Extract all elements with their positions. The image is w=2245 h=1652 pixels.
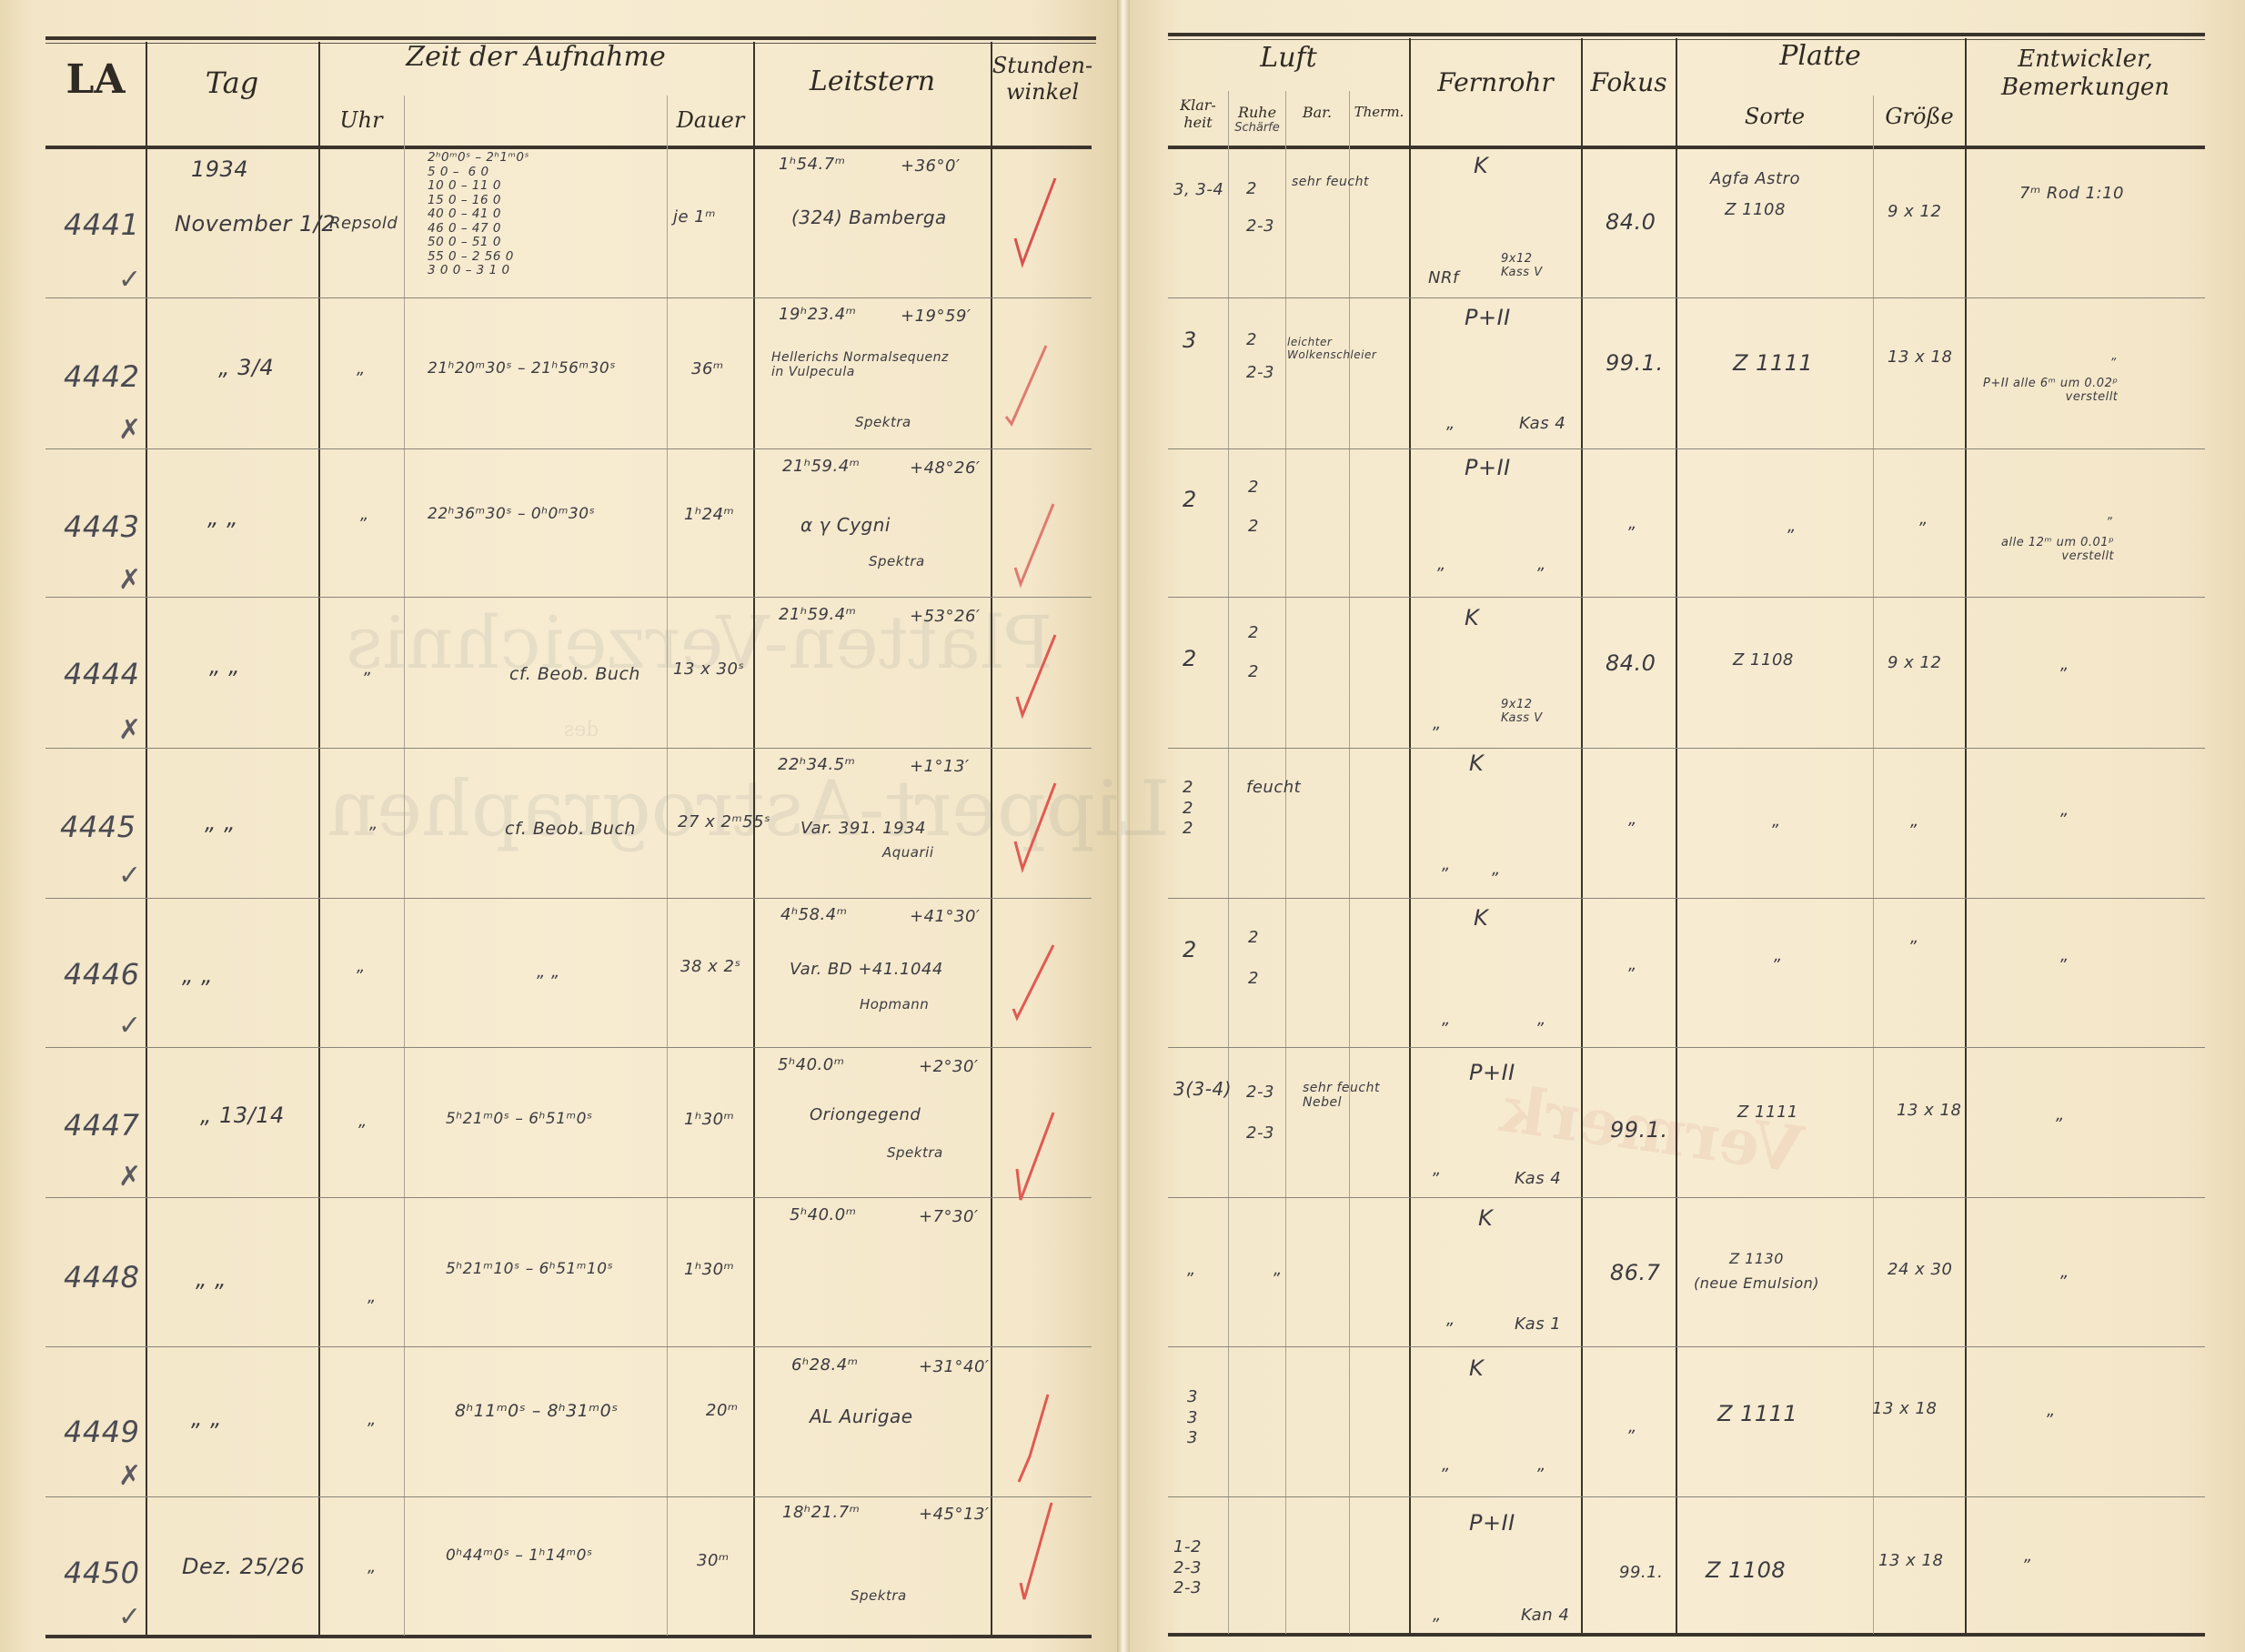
row-fernrohr-kass: „ <box>1537 1456 1546 1475</box>
top-rule-right <box>1168 33 2205 36</box>
row-leit-dec: +45°13′ <box>919 1505 989 1524</box>
row-groesse: 24 x 30 <box>1888 1260 1952 1279</box>
row-tag: „ 13/14 <box>200 1103 285 1128</box>
row-dauer: 13 x 30ˢ <box>673 660 745 679</box>
row-divider <box>45 597 1092 598</box>
row-ruhe: 2 2 <box>1248 623 1259 682</box>
row-divider <box>1168 597 2205 598</box>
row-fernrohr-bottom: „ <box>1442 1010 1451 1029</box>
row-tag: „ 3/4 <box>218 355 274 380</box>
row-fernrohr-bottom: „ <box>1442 1456 1451 1475</box>
row-sorte: Z 1108 <box>1733 650 1794 670</box>
header-fokus: Fokus <box>1582 67 1676 98</box>
red-check-icon <box>1010 173 1061 273</box>
row-fernrohr-top: P+II <box>1465 455 1511 480</box>
row-la-number: 4444 <box>64 657 139 691</box>
row-leit-ra: 18ʰ21.7ᵐ <box>782 1503 860 1522</box>
row-klarheit: 2 <box>1183 487 1197 512</box>
row-fokus: 99.1. <box>1619 1563 1663 1582</box>
row-groesse: 13 x 18 <box>1888 348 1952 367</box>
red-check-icon <box>1008 932 1059 1032</box>
row-bar: feucht <box>1246 778 1301 797</box>
row-entwickler: 7ᵐ Rod 1:10 <box>2019 184 2124 203</box>
row-entwickler: „ <box>2056 1105 2065 1124</box>
row-sorte: Z 1130 (neue Emulsion) <box>1694 1246 1819 1295</box>
row-uhr: „ <box>358 1112 367 1131</box>
row-uhr: „ <box>364 660 373 679</box>
row-tag: Dez. 25/26 <box>182 1554 305 1579</box>
row-dauer: 1ʰ30ᵐ <box>684 1260 734 1279</box>
row-leit-name: Var. 391. 1934 <box>800 819 926 838</box>
row-leit-ra: 19ʰ23.4ᵐ <box>779 305 856 324</box>
row-tag: „ „ <box>205 810 236 835</box>
row-fernrohr-kass: Kas 4 <box>1515 1169 1561 1188</box>
row-fernrohr-kass: „ <box>1537 1010 1546 1029</box>
row-zeit: 0ʰ44ᵐ0ˢ – 1ʰ14ᵐ0ˢ <box>446 1546 593 1565</box>
row-zeit: 2ʰ0ᵐ0ˢ – 2ʰ1ᵐ0ˢ 5 0 – 6 0 10 0 – 11 0 15… <box>428 151 529 278</box>
row-ruhe: 2-3 2-3 <box>1246 1083 1274 1144</box>
row-divider <box>1168 1496 2205 1497</box>
row-zeit: 8ʰ11ᵐ0ˢ – 8ʰ31ᵐ0ˢ <box>455 1401 619 1421</box>
row-sorte: Z 1111 <box>1737 1103 1798 1122</box>
row-klarheit: 2 2 2 <box>1183 778 1193 840</box>
row-zeit: 5ʰ21ᵐ0ˢ – 6ʰ51ᵐ0ˢ <box>446 1110 593 1128</box>
row-leit-ra: 5ʰ40.0ᵐ <box>790 1205 856 1224</box>
row-tag: November 1/2 <box>175 211 336 237</box>
header-ruhe-label: Ruhe <box>1229 104 1285 121</box>
row-groesse: 13 x 18 <box>1878 1551 1943 1570</box>
row-divider <box>1168 898 2205 899</box>
row-fernrohr-top: P+II <box>1465 305 1511 330</box>
row-leit-dec: +31°40′ <box>919 1357 989 1376</box>
row-leit-dec: +2°30′ <box>919 1057 979 1076</box>
row-la-number: 4450 <box>64 1556 139 1590</box>
top-rule-left <box>45 36 1096 40</box>
row-entwickler: „ P+II alle 6ᵐ um 0.02ᵖ verstellt <box>1983 350 2118 405</box>
row-ruhe: 2 2-3 <box>1246 180 1274 237</box>
bottom-rule-right <box>1168 1633 2205 1637</box>
row-tag: „ „ <box>207 505 238 530</box>
row-leit-ra: 21ʰ59.4ᵐ <box>782 457 860 476</box>
header-fernrohr: Fernrohr <box>1410 67 1581 98</box>
row-leit-note: Aquarii <box>882 844 933 861</box>
row-mark: ✓ <box>118 264 141 296</box>
col-divider <box>404 96 405 1636</box>
row-la-number: 4445 <box>60 810 136 844</box>
row-divider <box>1168 297 2205 298</box>
row-dauer: 36ᵐ <box>691 359 724 378</box>
row-bar: sehr feucht Nebel <box>1303 1081 1380 1110</box>
row-dauer: 38 x 2ˢ <box>680 957 741 976</box>
row-uhr: Repsold <box>329 214 398 233</box>
row-leit-ra: 1ʰ54.7ᵐ <box>779 155 845 174</box>
row-leit-dec: +1°13′ <box>910 757 970 776</box>
row-mark: ✗ <box>118 414 141 446</box>
header-luft: Luft <box>1168 42 1409 75</box>
row-fokus: 99.1. <box>1610 1117 1668 1143</box>
col-divider <box>1676 38 1677 1634</box>
red-check-icon <box>1001 337 1052 437</box>
row-mark: ✗ <box>118 1460 141 1492</box>
header-stundenwinkel-line2: winkel <box>992 79 1093 106</box>
row-la-number: 4448 <box>64 1260 139 1294</box>
row-fernrohr-top: K <box>1465 605 1479 630</box>
row-leit-note: Spektra <box>869 553 925 569</box>
row-dauer: je 1ᵐ <box>673 207 716 227</box>
row-fernrohr-top: P+II <box>1469 1060 1515 1085</box>
header-groesse: Größe <box>1874 104 1965 130</box>
header-klarheit-line1: Klar- <box>1169 96 1227 114</box>
row-klarheit: 2 <box>1183 937 1197 962</box>
row-fernrohr-kass: 9x12 Kass V <box>1501 253 1543 280</box>
row-fernrohr-kass: 9x12 Kass V <box>1501 699 1543 726</box>
row-zeit: cf. Beob. Buch <box>509 664 640 684</box>
col-divider <box>146 42 147 1636</box>
row-tag: „ „ <box>196 1266 227 1292</box>
row-fernrohr-bottom: „ <box>1442 855 1451 874</box>
row-leit-name: α γ Cygni <box>800 514 891 536</box>
row-klarheit: 2 <box>1183 646 1197 671</box>
row-sorte: „ <box>1774 946 1783 965</box>
row-divider <box>45 297 1092 298</box>
row-uhr: „ <box>357 957 366 976</box>
row-uhr: „ <box>367 1287 377 1306</box>
header-entwickler-line2: Bemerkungen <box>1966 74 2205 102</box>
row-sorte: Z 1111 <box>1733 350 1813 376</box>
row-la-number: 4443 <box>64 509 139 544</box>
row-groesse: „ <box>1910 811 1919 831</box>
header-dauer: Dauer <box>669 107 752 134</box>
row-mark: ✓ <box>118 1010 141 1042</box>
row-fernrohr-bottom: „ <box>1446 1310 1455 1329</box>
row-sorte: „ <box>1787 517 1797 536</box>
row-entwickler: „ <box>2024 1546 2033 1566</box>
row-fokus: 99.1. <box>1606 350 1664 376</box>
row-ruhe: 2 2-3 <box>1246 332 1274 381</box>
col-divider <box>991 42 992 1636</box>
row-leit-ra: 22ʰ34.5ᵐ <box>778 755 855 774</box>
col-divider <box>1409 38 1411 1634</box>
row-divider <box>45 1047 1092 1048</box>
row-la-number: 4446 <box>64 957 139 992</box>
row-leit-name: Var. BD +41.1044 <box>790 960 943 979</box>
red-check-icon <box>1010 1387 1061 1487</box>
row-sorte: „ <box>1772 811 1781 831</box>
header-zeit: Zeit der Aufnahme <box>318 41 753 74</box>
row-zeit: „ „ <box>537 962 560 982</box>
row-zeit: 21ʰ20ᵐ30ˢ – 21ʰ56ᵐ30ˢ <box>428 359 616 378</box>
row-leit-name: (324) Bamberga <box>791 207 947 228</box>
header-klarheit: Klar- heit <box>1169 96 1227 131</box>
row-fernrohr-kass: „ <box>1492 860 1501 879</box>
row-dauer: 1ʰ30ᵐ <box>684 1110 734 1129</box>
header-entwickler: Entwickler, Bemerkungen <box>1966 45 2205 102</box>
row-fernrohr-top: K <box>1474 905 1488 931</box>
row-klarheit: 1-2 2-3 2-3 <box>1173 1537 1202 1599</box>
row-fokus: 84.0 <box>1606 209 1656 235</box>
row-fernrohr-bottom: „ <box>1433 714 1442 733</box>
row-dauer: 30ᵐ <box>697 1551 730 1570</box>
row-fernrohr-kass: „ <box>1537 555 1546 574</box>
row-fokus: „ <box>1628 955 1637 974</box>
row-klarheit: 3 <box>1183 327 1197 353</box>
red-check-icon <box>1010 628 1061 728</box>
row-divider <box>1168 1047 2205 1048</box>
row-fernrohr-kass: Kan 4 <box>1521 1606 1569 1625</box>
row-leit-dec: +7°30′ <box>919 1207 979 1226</box>
row-leit-dec: +48°26′ <box>910 458 980 478</box>
row-ruhe: „ <box>1274 1260 1283 1279</box>
row-uhr: „ <box>369 814 378 833</box>
row-leit-name: Hellerichs Normalsequenz in Vulpecula <box>771 350 949 379</box>
row-leit-ra: 5ʰ40.0ᵐ <box>778 1055 844 1074</box>
header-schaerfe-label: Schärfe <box>1229 121 1285 136</box>
header-sorte: Sorte <box>1676 104 1873 130</box>
row-mark: ✗ <box>118 564 141 596</box>
row-leit-dec: +41°30′ <box>910 907 980 926</box>
right-page <box>1126 0 2245 1652</box>
row-groesse: 13 x 18 <box>1872 1399 1937 1418</box>
col-divider <box>1285 91 1286 1634</box>
row-klarheit: 3 3 3 <box>1187 1387 1198 1449</box>
header-ruhe: Ruhe Schärfe <box>1229 104 1285 136</box>
row-leit-dec: +53°26′ <box>910 607 980 626</box>
row-ruhe: 2 2 <box>1248 928 1259 990</box>
header-platte: Platte <box>1676 40 1965 73</box>
row-tag: „ „ <box>191 1405 222 1431</box>
red-check-icon <box>1010 778 1061 878</box>
row-groesse: „ <box>1919 509 1928 529</box>
row-fernrohr-top: K <box>1474 153 1488 178</box>
row-divider <box>45 1346 1092 1347</box>
row-leit-note: Hopmann <box>860 996 929 1012</box>
row-dauer: 20ᵐ <box>706 1401 739 1420</box>
row-leit-name: AL Aurigae <box>810 1405 913 1427</box>
row-mark: ✗ <box>118 1161 141 1193</box>
header-stundenwinkel-line1: Stunden- <box>992 53 1093 79</box>
row-mark: ✓ <box>118 1601 141 1633</box>
bottom-rule-left <box>45 1635 1092 1638</box>
row-divider <box>45 748 1092 749</box>
red-check-icon <box>1010 491 1061 591</box>
row-fernrohr-bottom: „ <box>1433 1606 1442 1625</box>
header-stundenwinkel: Stunden- winkel <box>992 53 1093 106</box>
row-entwickler: „ alle 12ᵐ um 0.01ᵖ verstellt <box>2001 509 2114 564</box>
col-divider <box>1965 38 1967 1634</box>
row-tag-year: 1934 <box>191 156 248 182</box>
row-divider <box>1168 1197 2205 1198</box>
col-divider <box>753 42 755 1636</box>
header-uhr: Uhr <box>320 107 402 134</box>
row-divider <box>45 1496 1092 1497</box>
row-fernrohr-kass: Kas 4 <box>1519 414 1565 433</box>
col-divider <box>1349 91 1350 1634</box>
row-fernrohr-top: K <box>1469 750 1484 776</box>
row-dauer: 27 x 2ᵐ55ˢ <box>678 812 770 831</box>
row-divider <box>45 898 1092 899</box>
row-zeit: 5ʰ21ᵐ10ˢ – 6ʰ51ᵐ10ˢ <box>446 1260 613 1278</box>
row-fernrohr-top: K <box>1478 1205 1493 1231</box>
row-divider <box>45 1197 1092 1198</box>
row-tag: „ „ <box>209 653 240 679</box>
header-klarheit-line2: heit <box>1169 114 1227 131</box>
row-la-number: 4449 <box>64 1415 139 1449</box>
row-uhr: „ <box>367 1410 377 1429</box>
row-bar: leichter Wolkenschleier <box>1287 337 1376 362</box>
row-groesse: 13 x 18 <box>1897 1101 1961 1120</box>
col-divider <box>1228 91 1229 1634</box>
row-zeit: cf. Beob. Buch <box>505 819 636 839</box>
row-divider <box>1168 748 2205 749</box>
row-uhr: „ <box>367 1557 377 1576</box>
row-uhr: „ <box>357 359 366 378</box>
row-fernrohr-kass: Kas 1 <box>1515 1315 1561 1334</box>
row-entwickler: „ <box>2060 655 2069 674</box>
header-tag: Tag <box>150 65 314 100</box>
header-leitstern: Leitstern <box>755 65 990 98</box>
row-leit-name: Oriongegend <box>810 1105 921 1124</box>
header-rule-left <box>45 146 1092 149</box>
row-ruhe: 2 2 <box>1248 478 1259 537</box>
row-klarheit: 3, 3-4 <box>1173 180 1223 199</box>
col-divider <box>1581 38 1583 1634</box>
row-bar: sehr feucht <box>1292 175 1369 189</box>
row-leit-ra: 21ʰ59.4ᵐ <box>779 605 856 624</box>
row-sorte: Z 1108 <box>1706 1557 1786 1583</box>
row-tag: „ „ <box>182 962 213 988</box>
row-fokus: „ <box>1628 810 1637 829</box>
row-divider <box>45 448 1092 449</box>
row-divider <box>1168 448 2205 449</box>
row-divider <box>1168 1346 2205 1347</box>
red-check-icon <box>1012 1501 1062 1601</box>
row-entwickler: „ <box>2047 1401 2056 1420</box>
row-leit-dec: +36°0′ <box>901 156 961 176</box>
row-entwickler: „ <box>2060 1263 2069 1282</box>
header-bar: Bar. <box>1286 104 1348 121</box>
row-fernrohr-top: K <box>1469 1355 1484 1381</box>
book-gutter <box>1117 0 1130 1652</box>
row-fernrohr-bottom: „ <box>1433 1160 1442 1179</box>
row-klarheit: 3(3-4) <box>1173 1078 1232 1100</box>
row-leit-dec: +19°59′ <box>901 307 971 326</box>
header-entwickler-line1: Entwickler, <box>1966 45 2205 74</box>
row-fokus: 84.0 <box>1606 650 1656 676</box>
header-la: LA <box>50 56 141 105</box>
row-la-number: 4442 <box>64 359 139 394</box>
row-entwickler: „ <box>2060 801 2069 820</box>
row-sorte: Z 1111 <box>1717 1401 1797 1426</box>
row-fokus: „ <box>1628 1417 1637 1436</box>
row-mark: ✗ <box>118 714 141 746</box>
row-la-number: 4441 <box>64 207 139 242</box>
row-uhr: „ <box>360 505 369 524</box>
row-groesse: 9 x 12 <box>1888 202 1941 221</box>
row-leit-note: Spektra <box>851 1587 907 1604</box>
row-fernrohr-top: P+II <box>1469 1510 1515 1536</box>
red-check-icon <box>1010 1105 1061 1205</box>
row-fernrohr-bottom: NRf <box>1428 268 1459 287</box>
row-entwickler: „ <box>2060 946 2069 965</box>
col-divider <box>318 42 320 1636</box>
header-therm: Therm. <box>1350 104 1408 120</box>
row-fokus: „ <box>1628 514 1637 533</box>
row-groesse: „ <box>1910 928 1919 947</box>
row-klarheit: „ <box>1187 1260 1196 1279</box>
row-mark: ✓ <box>118 860 141 891</box>
row-fokus: 86.7 <box>1610 1260 1660 1285</box>
row-la-number: 4447 <box>64 1108 139 1143</box>
row-leit-ra: 6ʰ28.4ᵐ <box>791 1355 858 1375</box>
row-sorte: Agfa Astro Z 1108 <box>1710 164 1800 226</box>
row-groesse: 9 x 12 <box>1888 653 1941 672</box>
col-divider <box>667 96 668 1636</box>
row-leit-ra: 4ʰ58.4ᵐ <box>780 905 847 924</box>
row-zeit: 22ʰ36ᵐ30ˢ – 0ʰ0ᵐ30ˢ <box>428 505 595 523</box>
row-fernrohr-bottom: „ <box>1446 414 1455 433</box>
row-dauer: 1ʰ24ᵐ <box>684 505 734 524</box>
row-fernrohr-bottom: „ <box>1437 555 1446 574</box>
header-rule-right <box>1168 146 2205 149</box>
row-leit-note: Spektra <box>887 1144 943 1161</box>
row-leit-note: Spektra <box>855 414 911 430</box>
